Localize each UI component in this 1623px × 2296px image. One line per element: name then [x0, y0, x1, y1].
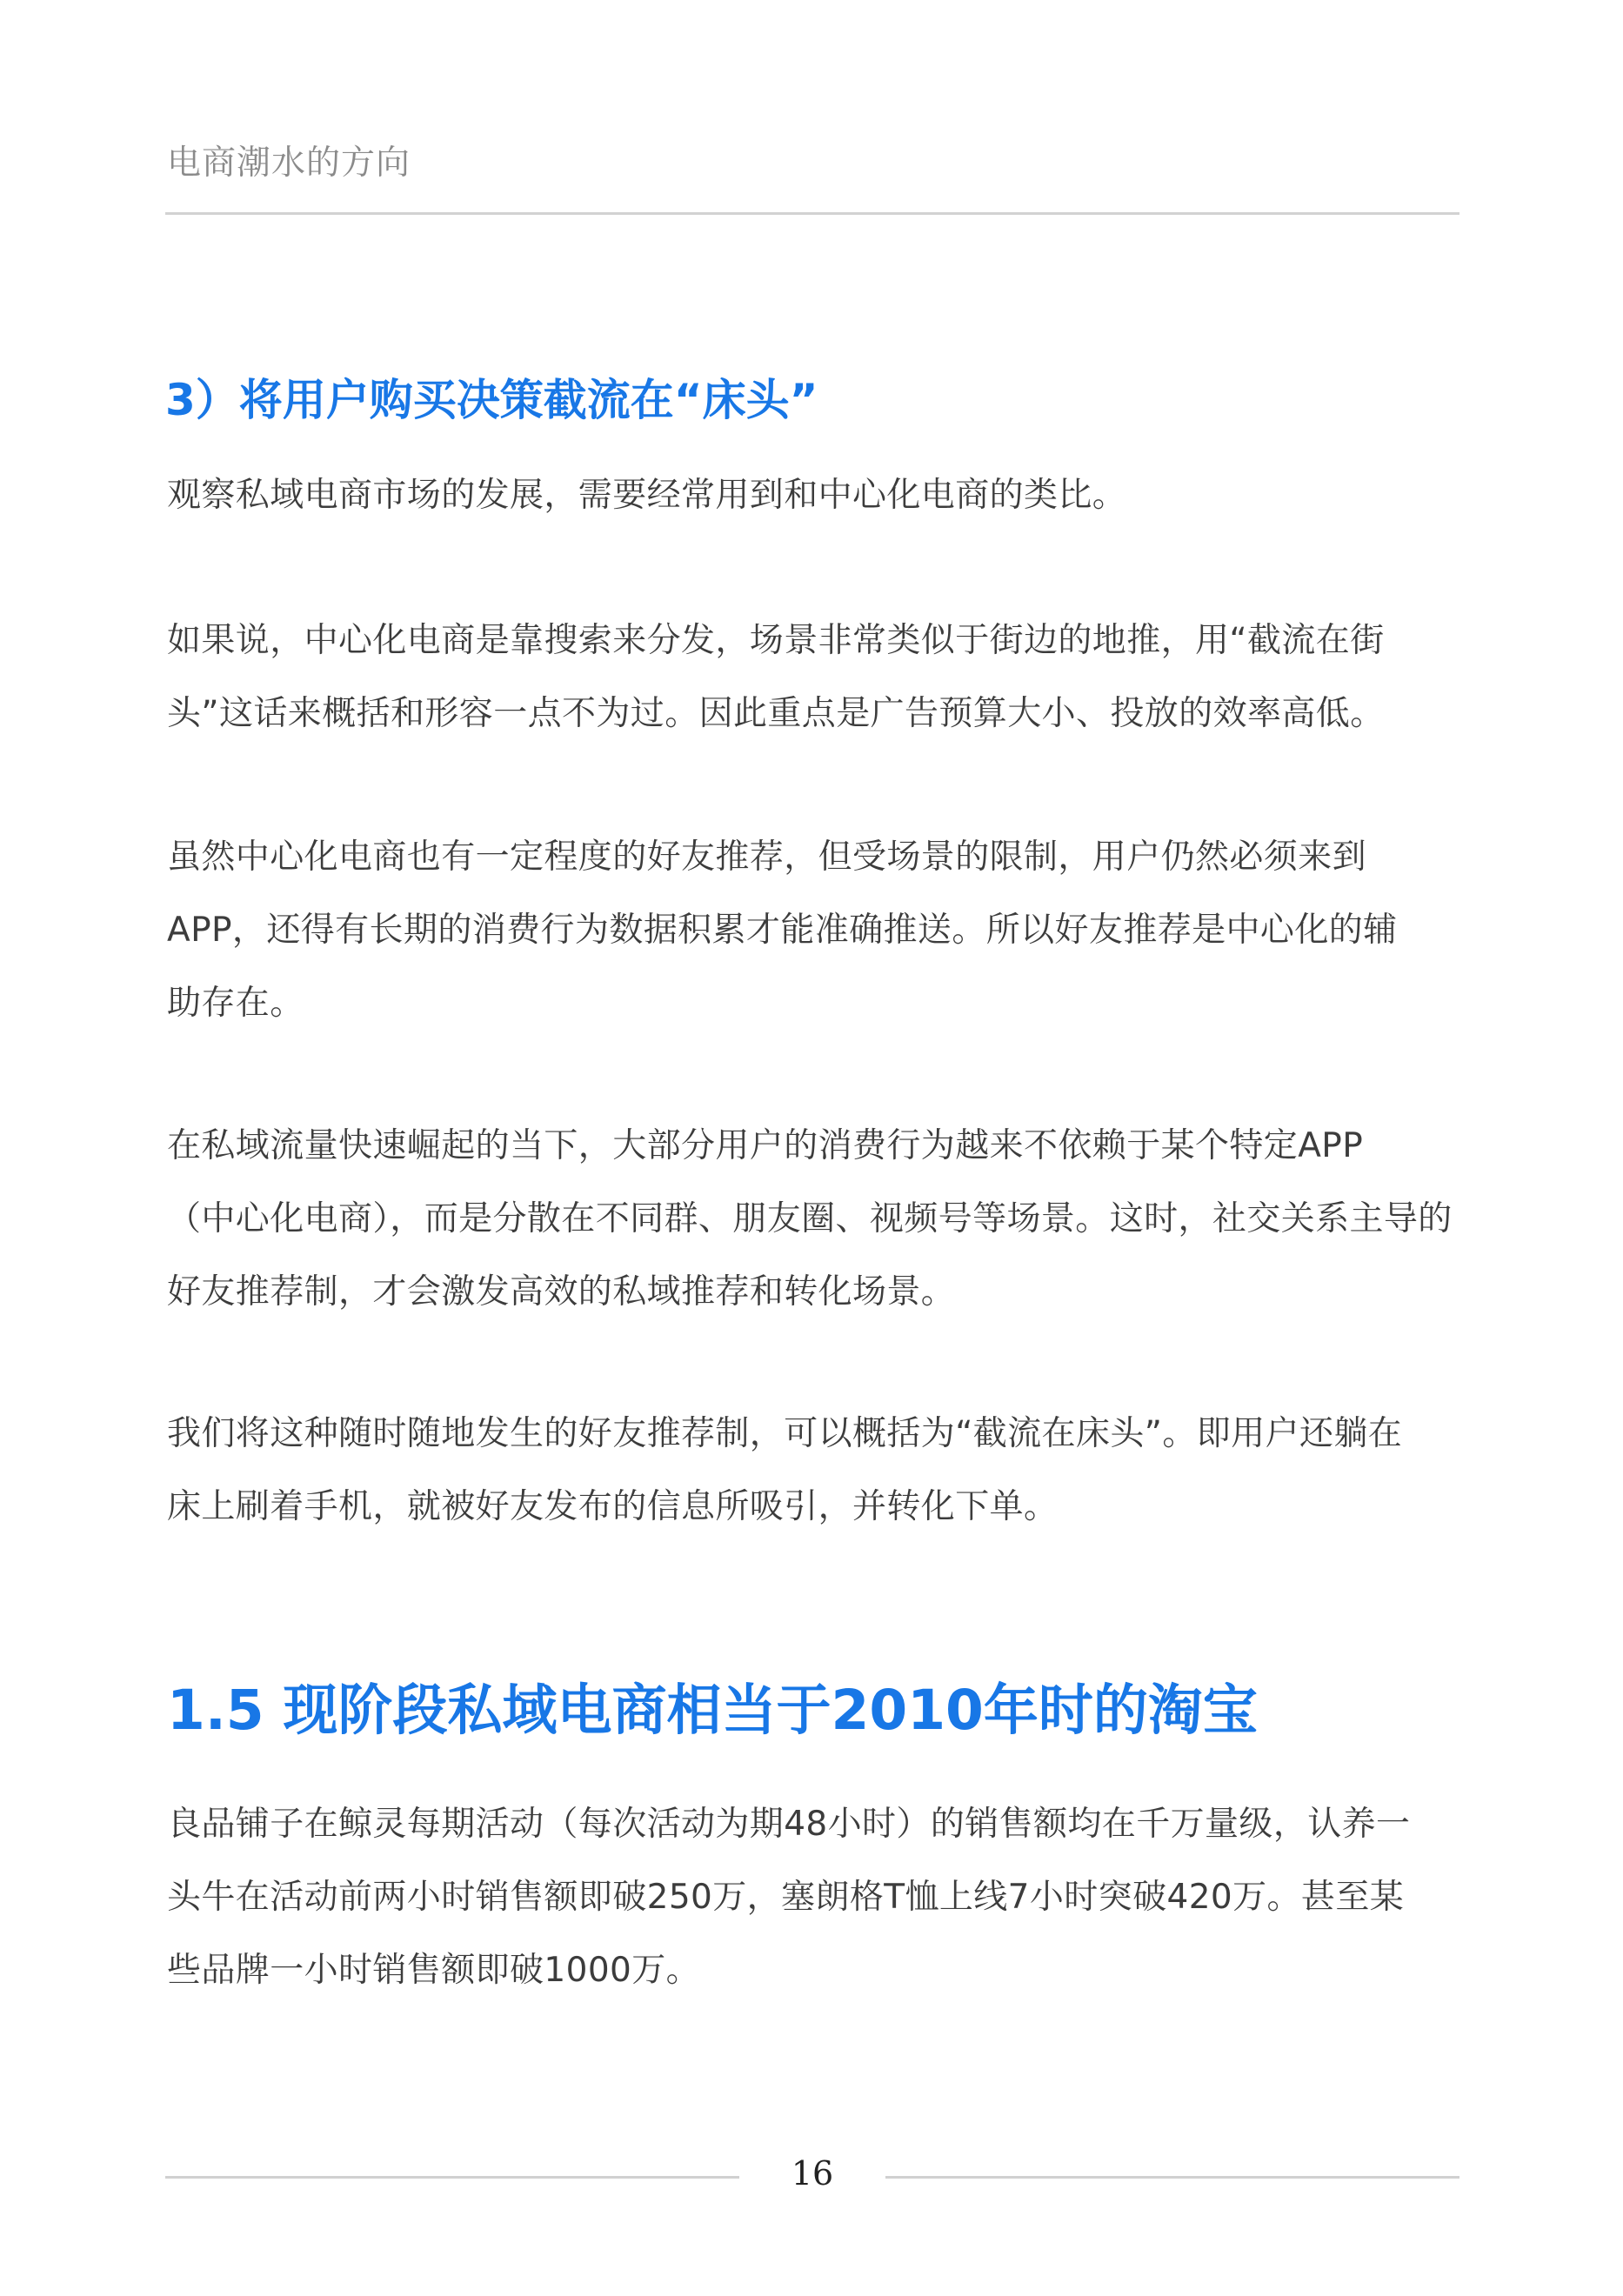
footer-divider-right — [885, 2176, 1459, 2179]
subsection-heading: 3）将用户购买决策截流在“床头” — [165, 377, 818, 424]
paragraph-5: 我们将这种随时随地发生的好友推荐制，可以概括为“截流在床头”。即用户还躺在 床上… — [167, 1398, 1463, 1544]
paragraph-4: 在私域流量快速崛起的当下，大部分用户的消费行为越来不依赖于某个特定APP （中心… — [167, 1110, 1463, 1329]
text-line: （中心化电商），而是分散在不同群、朋友圈、视频号等场景。这时，社交关系主导的 — [167, 1183, 1463, 1256]
text-line: 些品牌一小时销售额即破1000万。 — [167, 1934, 1463, 2007]
running-header: 电商潮水的方向 — [167, 146, 411, 180]
text-line: APP，还得有长期的消费行为数据积累才能准确推送。所以好友推荐是中心化的辅 — [167, 894, 1463, 967]
text-line: 如果说，中心化电商是靠搜索来分发，场景非常类似于街边的地推，用“截流在街 — [167, 604, 1463, 677]
text-line: 床上刷着手机，就被好友发布的信息所吸引，并转化下单。 — [167, 1471, 1463, 1544]
paragraph-3: 虽然中心化电商也有一定程度的好友推荐，但受场景的限制，用户仍然必须来到 APP，… — [167, 821, 1463, 1040]
text-line: 助存在。 — [167, 967, 1463, 1040]
text-line: 虽然中心化电商也有一定程度的好友推荐，但受场景的限制，用户仍然必须来到 — [167, 821, 1463, 894]
text-line: 头牛在活动前两小时销售额即破250万，塞朗格T恤上线7小时突破420万。甚至某 — [167, 1861, 1463, 1934]
paragraph-1: 观察私域电商市场的发展，需要经常用到和中心化电商的类比。 — [167, 459, 1463, 532]
header-divider — [165, 212, 1459, 215]
footer-divider-left — [165, 2176, 739, 2179]
page-number: 16 — [769, 2157, 856, 2190]
text-line: 在私域流量快速崛起的当下，大部分用户的消费行为越来不依赖于某个特定APP — [167, 1110, 1463, 1183]
text-line: 好友推荐制，才会激发高效的私域推荐和转化场景。 — [167, 1256, 1463, 1329]
text-line: 我们将这种随时随地发生的好友推荐制，可以概括为“截流在床头”。即用户还躺在 — [167, 1398, 1463, 1471]
text-line: 观察私域电商市场的发展，需要经常用到和中心化电商的类比。 — [167, 459, 1463, 532]
text-line: 头”这话来概括和形容一点不为过。因此重点是广告预算大小、投放的效率高低。 — [167, 677, 1463, 751]
section-heading: 1.5 现阶段私域电商相当于2010年时的淘宝 — [167, 1680, 1258, 1740]
text-line: 良品铺子在鲸灵每期活动（每次活动为期48小时）的销售额均在千万量级，认养一 — [167, 1788, 1463, 1861]
section-paragraph-1: 良品铺子在鲸灵每期活动（每次活动为期48小时）的销售额均在千万量级，认养一 头牛… — [167, 1788, 1463, 2007]
paragraph-2: 如果说，中心化电商是靠搜索来分发，场景非常类似于街边的地推，用“截流在街 头”这… — [167, 604, 1463, 751]
